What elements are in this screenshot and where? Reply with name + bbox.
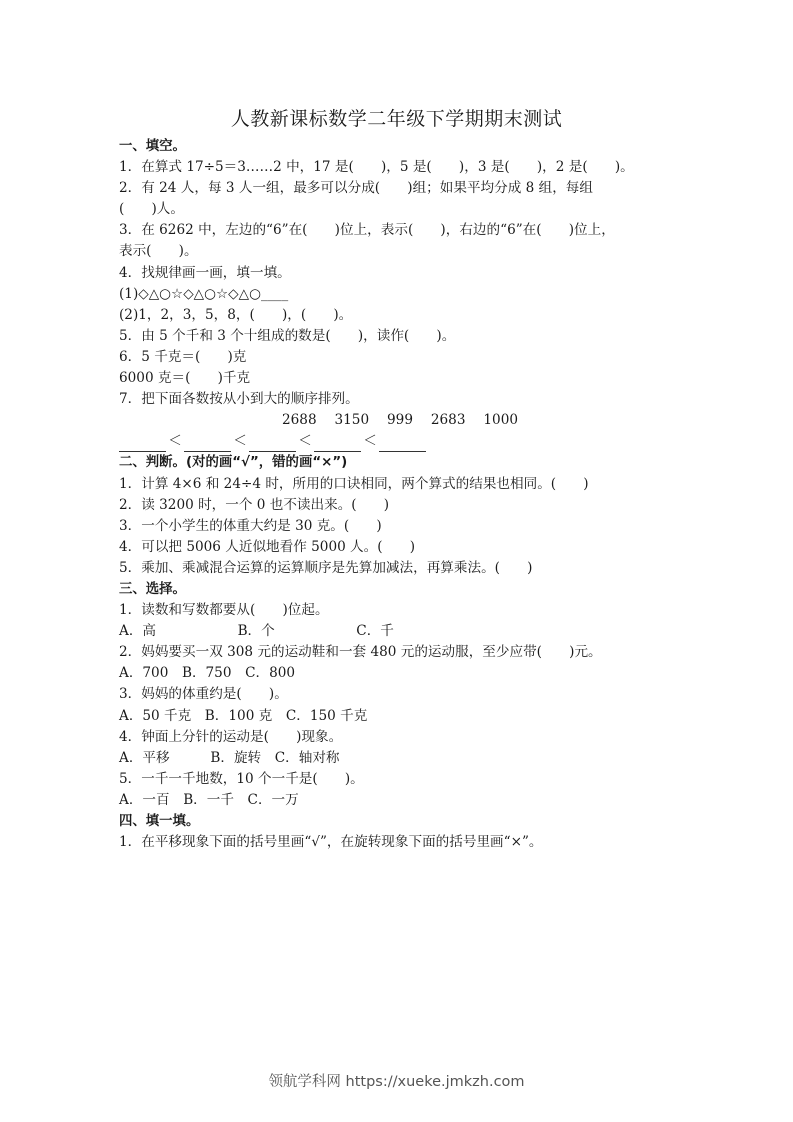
- question-line: 2．读 3200 时，一个 0 也不读出来。( ): [119, 495, 679, 516]
- answer-blank: [249, 436, 296, 452]
- question-line: 3．妈妈的体重约是( )。: [119, 684, 679, 705]
- question-line: 1．计算 4×6 和 24÷4 时，所用的口诀相同，两个算式的结果也相同。( ): [119, 474, 679, 495]
- answer-blank: [379, 436, 426, 452]
- section-heading-choice: 三、选择。: [119, 579, 679, 600]
- question-line: 3．一个小学生的体重大约是 30 克。( ): [119, 516, 679, 537]
- less-than-sign: ＜: [296, 431, 314, 452]
- answer-blank: [119, 436, 166, 452]
- numbers-to-sort: 2688 3150 999 2683 1000: [119, 410, 679, 431]
- less-than-sign: ＜: [231, 431, 249, 452]
- order-blanks-row: ＜ ＜ ＜ ＜: [119, 431, 679, 452]
- question-line: 5．乘加、乘减混合运算的运算顺序是先算加减法，再算乘法。( ): [119, 558, 679, 579]
- question-line: 1．在算式 17÷5＝3……2 中，17 是( )，5 是( )，3 是( )，…: [119, 157, 679, 178]
- question-line: 2．妈妈要买一双 308 元的运动鞋和一套 480 元的运动服，至少应带( )元…: [119, 642, 679, 663]
- question-line: 4．钟面上分针的运动是( )现象。: [119, 727, 679, 748]
- question-line: 表示( )。: [119, 241, 679, 262]
- options-line: A．一百 B．一千 C．一万: [119, 790, 679, 811]
- question-line: 7．把下面各数按从小到大的顺序排列。: [119, 389, 679, 410]
- question-line: 3．在 6262 中，左边的“6”在( )位上，表示( )，右边的“6”在( )…: [119, 220, 679, 241]
- question-line: 5．由 5 个千和 3 个十组成的数是( )，读作( )。: [119, 326, 679, 347]
- question-line: 5．一千一千地数，10 个一千是( )。: [119, 769, 679, 790]
- section-heading-fill-in: 四、填一填。: [119, 811, 679, 832]
- question-line: 1．读数和写数都要从( )位起。: [119, 600, 679, 621]
- section-heading-true-false: 二、判断。(对的画“√”，错的画“×”): [119, 452, 679, 473]
- question-line: 4．找规律画一画，填一填。: [119, 263, 679, 284]
- options-line: A．高 B．个 C．千: [119, 621, 679, 642]
- answer-blank: [314, 436, 361, 452]
- pattern-shapes-line: (1)◇△○☆◇△○☆◇△○____: [119, 284, 679, 305]
- options-line: A．平移 B．旋转 C．轴对称: [119, 748, 679, 769]
- less-than-sign: ＜: [361, 431, 379, 452]
- less-than-sign: ＜: [166, 431, 184, 452]
- options-line: A．700 B．750 C．800: [119, 663, 679, 684]
- question-line: ( )人。: [119, 199, 679, 220]
- question-line: 2．有 24 人，每 3 人一组，最多可以分成( )组；如果平均分成 8 组，每…: [119, 178, 679, 199]
- footer-watermark: 领航学科网 https://xueke.jmkzh.com: [0, 1070, 793, 1091]
- exam-content: 一、填空。 1．在算式 17÷5＝3……2 中，17 是( )，5 是( )，3…: [119, 136, 679, 853]
- pattern-numbers-line: (2)1，2，3，5，8，( )，( )。: [119, 305, 679, 326]
- section-heading-fill-blank: 一、填空。: [119, 136, 679, 157]
- page-title: 人教新课标数学二年级下学期期末测试: [0, 104, 793, 131]
- question-line: 6．5 千克＝( )克: [119, 347, 679, 368]
- options-line: A．50 千克 B．100 克 C．150 千克: [119, 706, 679, 727]
- question-line: 1．在平移现象下面的括号里画“√”，在旋转现象下面的括号里画“×”。: [119, 832, 679, 853]
- question-line: 4．可以把 5006 人近似地看作 5000 人。( ): [119, 537, 679, 558]
- question-line: 6000 克＝( )千克: [119, 368, 679, 389]
- answer-blank: [184, 436, 231, 452]
